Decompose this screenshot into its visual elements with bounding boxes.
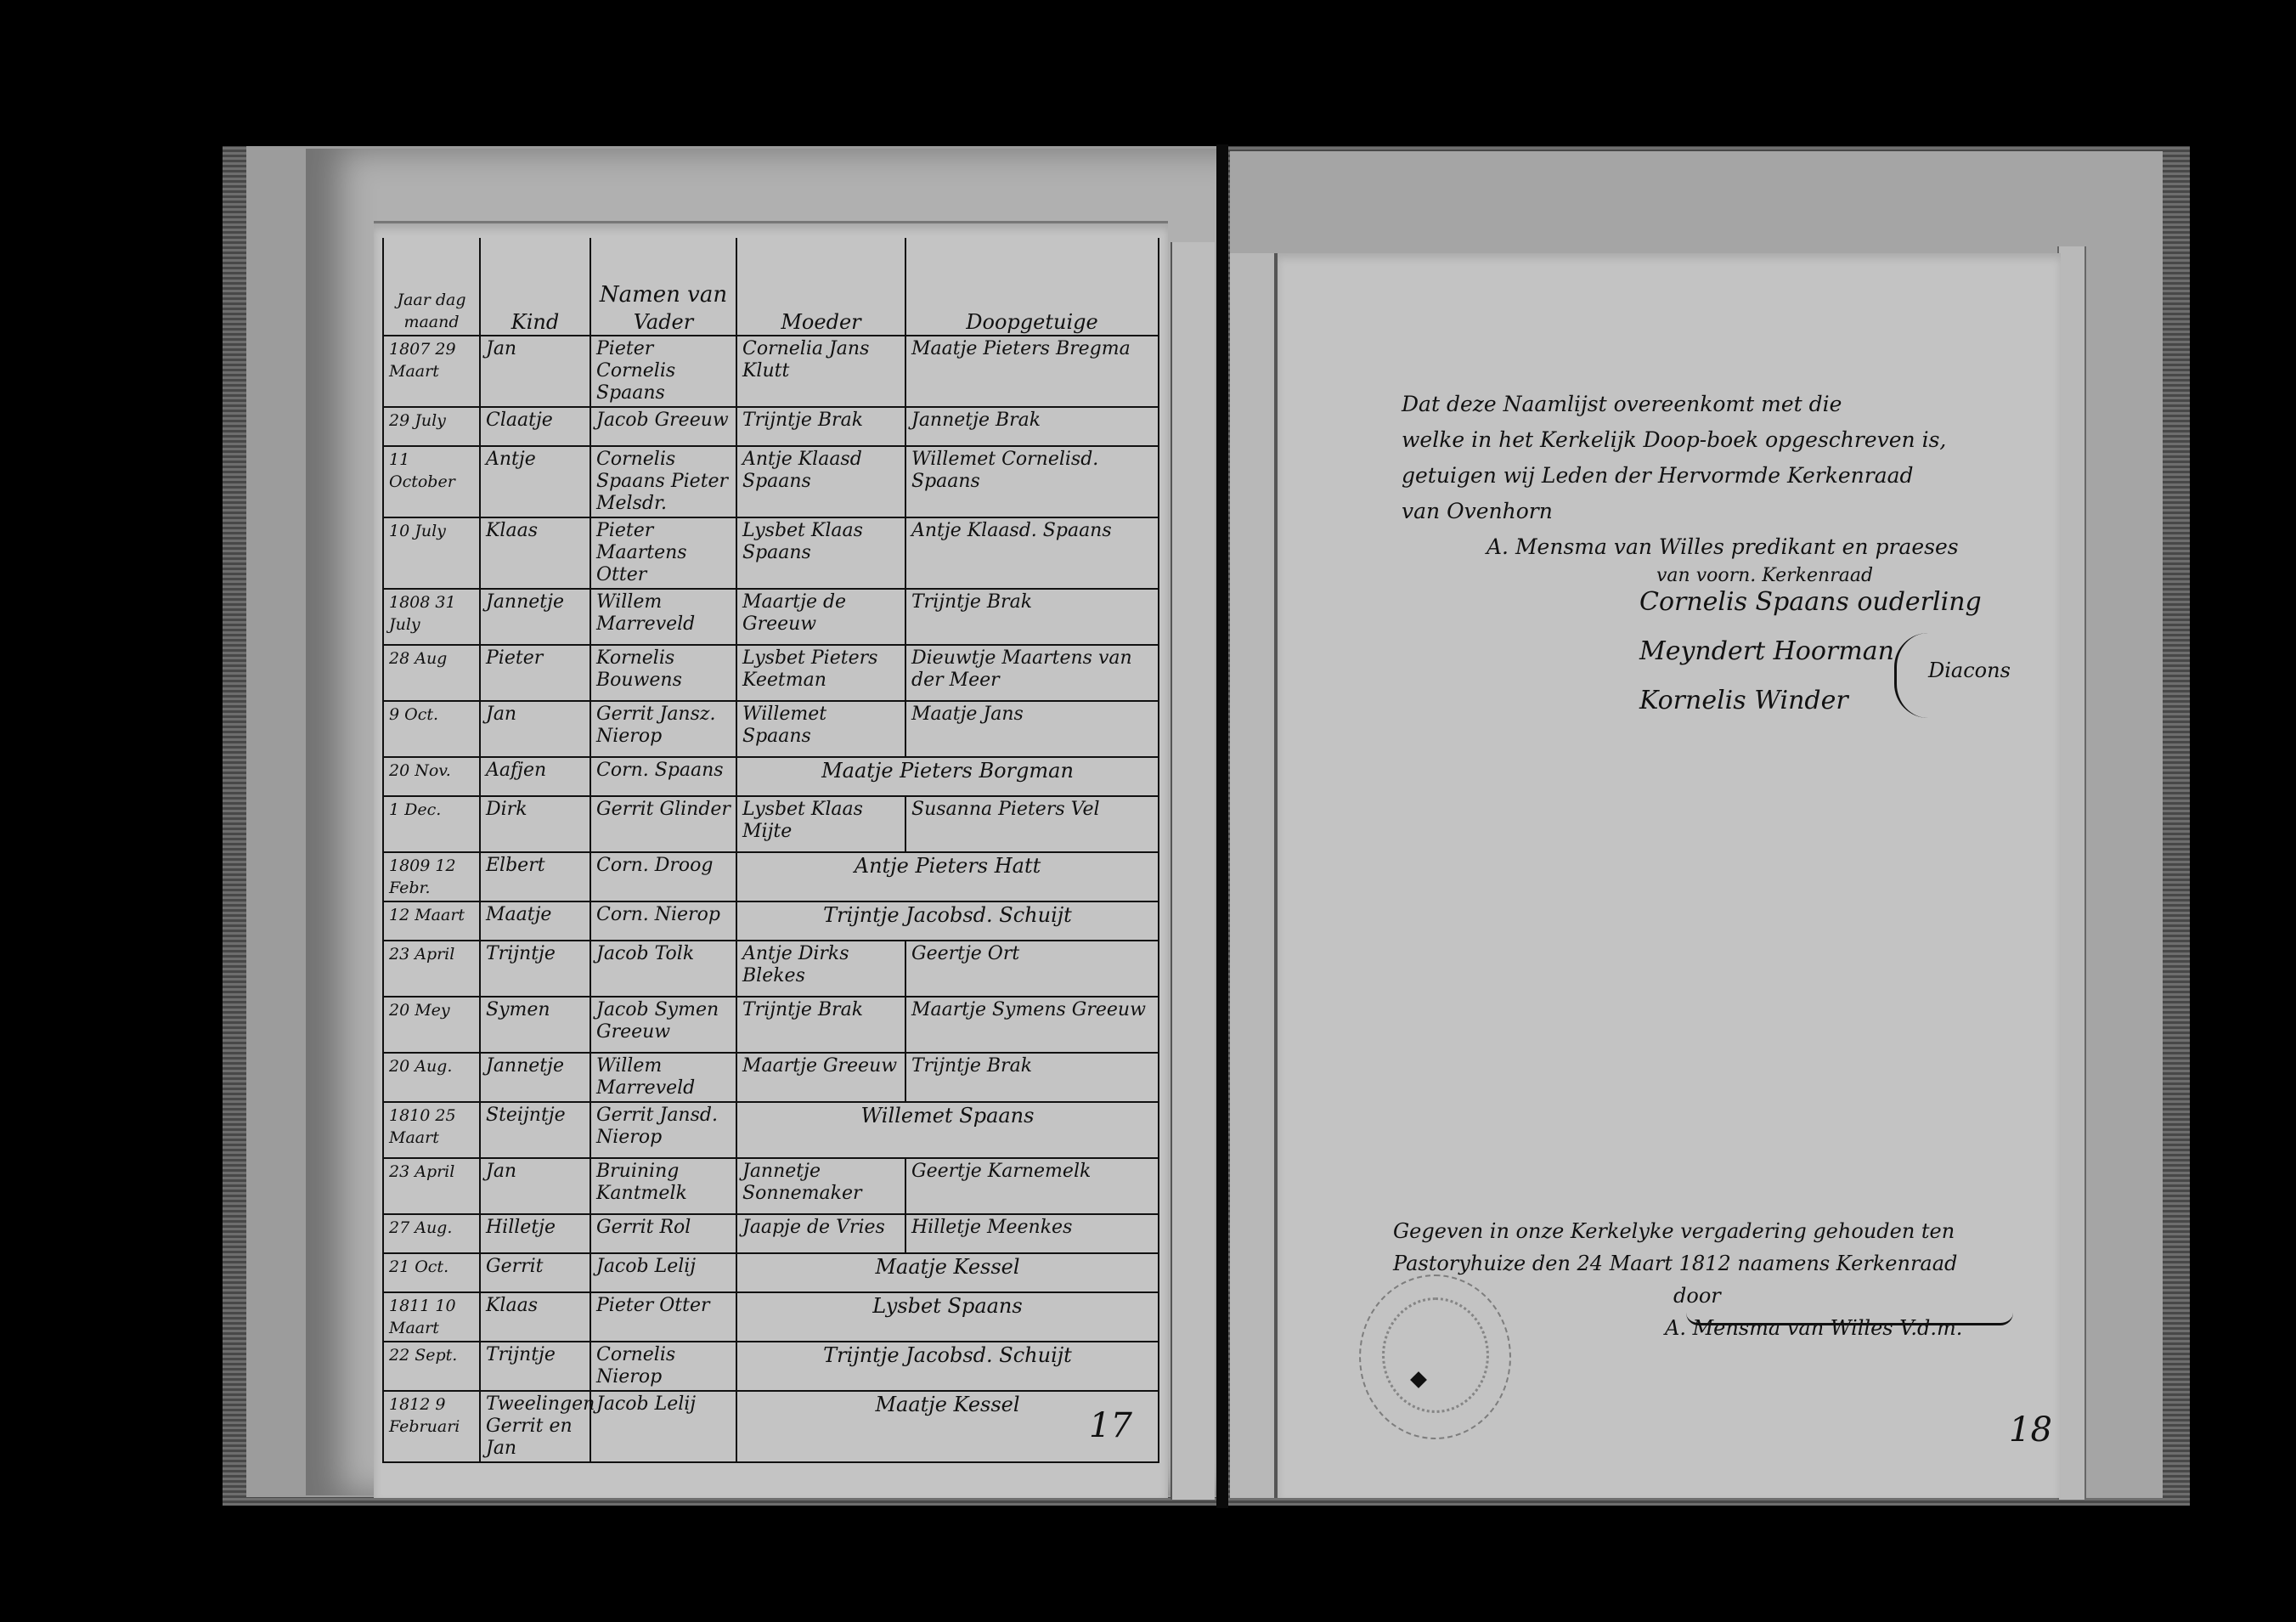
- cert-line-5: A. Mensma van Willes predikant en praese…: [1402, 529, 2047, 565]
- signatures-block: Cornelis Spaans ouderling Meyndert Hoorm…: [1639, 578, 2047, 726]
- cell-moeder: Lysbet Klaas Mijte: [736, 796, 905, 852]
- given-line-1: Gegeven in onze Kerkelyke vergadering ge…: [1393, 1215, 2039, 1247]
- cell-getuige: Trijntje Brak: [905, 589, 1159, 645]
- table-row: 28 AugPieterKornelis BouwensLysbet Piete…: [383, 645, 1159, 701]
- cell-vader: Kornelis Bouwens: [590, 645, 736, 701]
- table-row: 20 Nov.AafjenCorn. SpaansMaatje Pieters …: [383, 757, 1159, 796]
- cell-vader: Pieter Maartens Otter: [590, 517, 736, 589]
- table-row: 21 Oct.GerritJacob LelijMaatje Kessel: [383, 1253, 1159, 1292]
- cert-line-4: van Ovenhorn: [1402, 494, 2047, 529]
- table-row: 1809 12 Febr.ElbertCorn. DroogAntje Piet…: [383, 852, 1159, 901]
- cell-date: 10 July: [383, 517, 480, 589]
- signature-3: Kornelis Winder: [1639, 676, 2047, 726]
- cert-line-1: Dat deze Naamlijst overeenkomt met die: [1402, 387, 2047, 422]
- cell-vader: Pieter Cornelis Spaans: [590, 336, 736, 407]
- cell-kind: Jan: [480, 1158, 590, 1214]
- page-stub-right: [1230, 253, 1276, 1498]
- cell-kind: Gerrit: [480, 1253, 590, 1292]
- cell-kind: Jannetje: [480, 1053, 590, 1102]
- cell-date: 20 Nov.: [383, 757, 480, 796]
- table-row: 23 AprilJanBruining KantmelkJannetje Son…: [383, 1158, 1159, 1214]
- cell-getuige: Maatje Jans: [905, 701, 1159, 757]
- header-vader-label: Vader: [634, 310, 693, 334]
- cell-kind: Jan: [480, 336, 590, 407]
- cell-date: 11 October: [383, 446, 480, 517]
- cell-date: 22 Sept.: [383, 1342, 480, 1391]
- cell-kind: Pieter: [480, 645, 590, 701]
- cell-moeder: Antje Klaasd Spaans: [736, 446, 905, 517]
- cell-vader: Jacob Symen Greeuw: [590, 997, 736, 1053]
- cell-moeder: Trijntje Brak: [736, 407, 905, 446]
- table-row: 1807 29 MaartJanPieter Cornelis SpaansCo…: [383, 336, 1159, 407]
- cell-moeder: Maartje Greeuw: [736, 1053, 905, 1102]
- header-vader: Namen van Vader: [590, 238, 736, 336]
- cell-vader: Gerrit Jansz. Nierop: [590, 701, 736, 757]
- cell-date: 1808 31 July: [383, 589, 480, 645]
- cert-line-2: welke in het Kerkelijk Doop-boek opgesch…: [1402, 422, 2047, 458]
- cell-getuige: Trijntje Brak: [905, 1053, 1159, 1102]
- table-row: 22 Sept.TrijntjeCornelis NieropTrijntje …: [383, 1342, 1159, 1391]
- cell-date: 9 Oct.: [383, 701, 480, 757]
- cell-kind: Jannetje: [480, 589, 590, 645]
- cell-date: 12 Maart: [383, 901, 480, 941]
- cell-moeder: Lysbet Pieters Keetman: [736, 645, 905, 701]
- table-row: 1811 10 MaartKlaasPieter OtterLysbet Spa…: [383, 1292, 1159, 1342]
- page-number-right: 18: [2009, 1410, 2052, 1450]
- table-row: 27 Aug.HilletjeGerrit RolJaapje de Vries…: [383, 1214, 1159, 1253]
- cell-getuige: Willemet Cornelisd. Spaans: [905, 446, 1159, 517]
- cell-moeder: Willemet Spaans: [736, 701, 905, 757]
- cell-moeder-getuige: Antje Pieters Hatt: [736, 852, 1159, 901]
- cell-getuige: Geertje Karnemelk: [905, 1158, 1159, 1214]
- cell-kind: Hilletje: [480, 1214, 590, 1253]
- cell-kind: Tweelingen Gerrit en Jan: [480, 1391, 590, 1462]
- cell-vader: Cornelis Nierop: [590, 1342, 736, 1391]
- cell-vader: Willem Marreveld: [590, 1053, 736, 1102]
- cell-date: 23 April: [383, 941, 480, 997]
- table-row: 20 MeySymenJacob Symen GreeuwTrijntje Br…: [383, 997, 1159, 1053]
- cell-vader: Pieter Otter: [590, 1292, 736, 1342]
- cell-moeder-getuige: Maatje Kessel: [736, 1253, 1159, 1292]
- cell-moeder: Jaapje de Vries: [736, 1214, 905, 1253]
- baptism-register-table: Jaar dag maand Kind Namen van Vader Moed…: [382, 238, 1159, 1470]
- table-header-row: Jaar dag maand Kind Namen van Vader Moed…: [383, 238, 1159, 336]
- cell-kind: Dirk: [480, 796, 590, 852]
- cell-kind: Claatje: [480, 407, 590, 446]
- cell-moeder: Maartje de Greeuw: [736, 589, 905, 645]
- signature-1: Cornelis Spaans ouderling: [1639, 578, 2047, 627]
- cell-getuige: Jannetje Brak: [905, 407, 1159, 446]
- cell-kind: Klaas: [480, 1292, 590, 1342]
- book-spine: [1216, 144, 1228, 1508]
- header-getuige: Doopgetuige: [905, 238, 1159, 336]
- cell-date: 20 Aug.: [383, 1053, 480, 1102]
- cell-getuige: Dieuwtje Maartens van der Meer: [905, 645, 1159, 701]
- table-row: 9 Oct.JanGerrit Jansz. NieropWillemet Sp…: [383, 701, 1159, 757]
- cell-vader: Corn. Nierop: [590, 901, 736, 941]
- cell-vader: Corn. Spaans: [590, 757, 736, 796]
- page-edges-gutter: [1171, 242, 1215, 1500]
- cell-moeder-getuige: Trijntje Jacobsd. Schuijt: [736, 1342, 1159, 1391]
- table-row: 10 JulyKlaasPieter Maartens OtterLysbet …: [383, 517, 1159, 589]
- cell-date: 1 Dec.: [383, 796, 480, 852]
- cell-moeder-getuige: Trijntje Jacobsd. Schuijt: [736, 901, 1159, 941]
- cell-getuige: Antje Klaasd. Spaans: [905, 517, 1159, 589]
- cell-date: 28 Aug: [383, 645, 480, 701]
- table-row: 1810 25 MaartSteijntjeGerrit Jansd. Nier…: [383, 1102, 1159, 1158]
- cell-moeder-getuige: Maatje Pieters Borgman: [736, 757, 1159, 796]
- table-row: 20 Aug.JannetjeWillem MarreveldMaartje G…: [383, 1053, 1159, 1102]
- certification-text: Dat deze Naamlijst overeenkomt met die w…: [1402, 387, 2047, 587]
- table-row: 29 JulyClaatjeJacob GreeuwTrijntje BrakJ…: [383, 407, 1159, 446]
- cell-vader: Cornelis Spaans Pieter Melsdr.: [590, 446, 736, 517]
- cell-moeder-getuige: Lysbet Spaans: [736, 1292, 1159, 1342]
- cell-vader: Gerrit Glinder: [590, 796, 736, 852]
- cell-date: 1811 10 Maart: [383, 1292, 480, 1342]
- header-kind: Kind: [480, 238, 590, 336]
- cell-kind: Antje: [480, 446, 590, 517]
- page-number-left: 17: [1089, 1406, 1132, 1445]
- cell-vader: Corn. Droog: [590, 852, 736, 901]
- cell-vader: Willem Marreveld: [590, 589, 736, 645]
- cell-vader: Gerrit Jansd. Nierop: [590, 1102, 736, 1158]
- cell-vader: Jacob Greeuw: [590, 407, 736, 446]
- cell-date: 1809 12 Febr.: [383, 852, 480, 901]
- cell-getuige: Geertje Ort: [905, 941, 1159, 997]
- cell-date: 23 April: [383, 1158, 480, 1214]
- table-row: 12 MaartMaatjeCorn. NieropTrijntje Jacob…: [383, 901, 1159, 941]
- cell-kind: Elbert: [480, 852, 590, 901]
- cell-date: 20 Mey: [383, 997, 480, 1053]
- signatures-role: Diacons: [1928, 658, 2011, 682]
- cell-kind: Jan: [480, 701, 590, 757]
- cell-vader: Jacob Lelij: [590, 1391, 736, 1462]
- cell-getuige: Hilletje Meenkes: [905, 1214, 1159, 1253]
- header-group-names: Namen van: [596, 284, 731, 306]
- given-line-2: Pastoryhuize den 24 Maart 1812 naamens K…: [1393, 1247, 2039, 1280]
- cell-moeder: Antje Dirks Blekes: [736, 941, 905, 997]
- cell-date: 21 Oct.: [383, 1253, 480, 1292]
- cell-vader: Jacob Tolk: [590, 941, 736, 997]
- cell-getuige: Susanna Pieters Vel: [905, 796, 1159, 852]
- cell-date: 29 July: [383, 407, 480, 446]
- cell-vader: Gerrit Rol: [590, 1214, 736, 1253]
- cell-kind: Trijntje: [480, 941, 590, 997]
- cert-line-3: getuigen wij Leden der Hervormde Kerkenr…: [1402, 458, 2047, 494]
- cell-vader: Bruining Kantmelk: [590, 1158, 736, 1214]
- cell-moeder: Trijntje Brak: [736, 997, 905, 1053]
- cell-date: 1812 9 Februari: [383, 1391, 480, 1462]
- page-edges-right: [2057, 246, 2086, 1500]
- header-date: Jaar dag maand: [383, 238, 480, 336]
- cell-moeder: Lysbet Klaas Spaans: [736, 517, 905, 589]
- signature-flourish: [1686, 1313, 2013, 1325]
- cell-getuige: Maartje Symens Greeuw: [905, 997, 1159, 1053]
- cell-kind: Aafjen: [480, 757, 590, 796]
- table-row: 1 Dec.DirkGerrit GlinderLysbet Klaas Mij…: [383, 796, 1159, 852]
- table-row: 1808 31 JulyJannetjeWillem MarreveldMaar…: [383, 589, 1159, 645]
- table-row: 1812 9 FebruariTweelingen Gerrit en JanJ…: [383, 1391, 1159, 1462]
- cell-kind: Trijntje: [480, 1342, 590, 1391]
- cell-kind: Klaas: [480, 517, 590, 589]
- cell-moeder: Cornelia Jans Klutt: [736, 336, 905, 407]
- cell-kind: Maatje: [480, 901, 590, 941]
- given-line-3: door: [1393, 1280, 2039, 1312]
- cell-date: 27 Aug.: [383, 1214, 480, 1253]
- cell-kind: Steijntje: [480, 1102, 590, 1158]
- cell-date: 1810 25 Maart: [383, 1102, 480, 1158]
- table-row: 23 AprilTrijntjeJacob TolkAntje Dirks Bl…: [383, 941, 1159, 997]
- cell-getuige: Maatje Pieters Bregma: [905, 336, 1159, 407]
- cell-moeder: Jannetje Sonnemaker: [736, 1158, 905, 1214]
- table-row: 11 OctoberAntjeCornelis Spaans Pieter Me…: [383, 446, 1159, 517]
- cell-date: 1807 29 Maart: [383, 336, 480, 407]
- cell-moeder-getuige: Willemet Spaans: [736, 1102, 1159, 1158]
- cell-kind: Symen: [480, 997, 590, 1053]
- cell-vader: Jacob Lelij: [590, 1253, 736, 1292]
- header-moeder: Moeder: [736, 238, 905, 336]
